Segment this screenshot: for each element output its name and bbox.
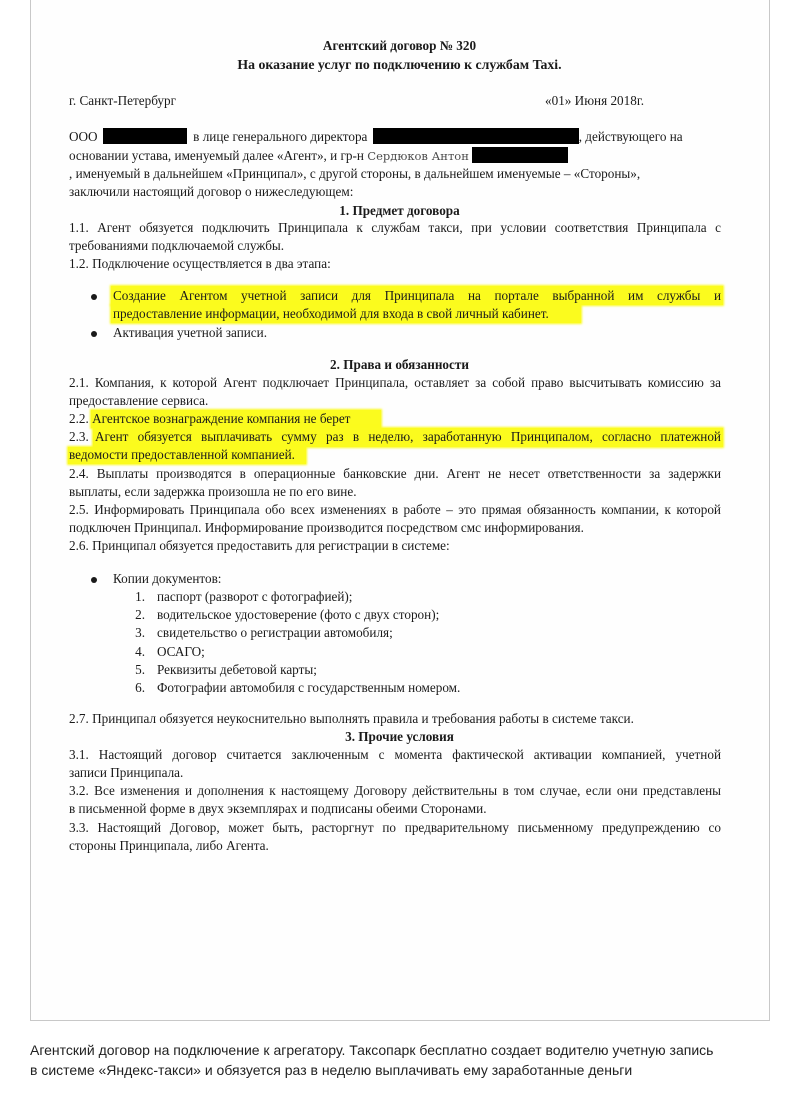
clause-3-3-cont: стороны Принципала, либо Агента. <box>69 837 269 855</box>
clause-2-7: 2.7. Принципал обязуется неукоснительно … <box>69 710 634 728</box>
clause-1-1: 1.1. Агент обязуется подключить Принципа… <box>69 219 721 237</box>
bullet-icon <box>91 577 97 583</box>
clause-2-1-cont: предоставление сервиса. <box>69 392 208 410</box>
clause-2-3-number: 2.3. <box>69 428 89 446</box>
redacted-director-name <box>373 128 579 144</box>
preamble-text: основании устава, именуемый далее «Агент… <box>69 148 364 163</box>
preamble-line-4: заключили настоящий договор о нижеследую… <box>69 183 353 201</box>
contract-document: Агентский договор № 320 На оказание услу… <box>0 0 799 1030</box>
redacted-org-name <box>103 128 187 144</box>
section-1-heading: 1. Предмет договора <box>0 202 799 220</box>
clause-2-5-cont: подключен Принципал. Информирование прои… <box>69 519 584 537</box>
clause-2-3: Агент обязуется выплачивать сумму раз в … <box>95 428 721 446</box>
clause-2-6: 2.6. Принципал обязуется предоставить дл… <box>69 537 450 555</box>
list-item-number: 3. <box>131 624 145 642</box>
bullet-1-line-1: Создание Агентом учетной записи для Прин… <box>113 287 721 305</box>
preamble-line-3: , именуемый в дальнейшем «Принципал», с … <box>69 165 640 183</box>
preamble-text: , действующего на <box>579 129 683 144</box>
section-2-heading: 2. Права и обязанности <box>0 356 799 374</box>
clause-number: 2.2. <box>69 411 89 426</box>
section-3-heading: 3. Прочие условия <box>0 728 799 746</box>
list-item: ОСАГО; <box>157 643 205 661</box>
contract-date: «01» Июня 2018г. <box>545 92 644 110</box>
org-prefix: ООО <box>69 129 98 144</box>
clause-3-1: 3.1. Настоящий договор считается заключе… <box>69 746 721 764</box>
bullet-icon <box>91 294 97 300</box>
caption-line-2: в системе «Яндекс-такси» и обязуется раз… <box>30 1060 770 1080</box>
clause-3-3: 3.3. Настоящий Договор, может быть, раст… <box>69 819 721 837</box>
clause-2-4: 2.4. Выплаты производятся в операционные… <box>69 465 721 483</box>
principal-name: Сердюков Антон <box>367 149 469 163</box>
image-caption: Агентский договор на подключение к агрег… <box>30 1040 770 1080</box>
list-item-number: 4. <box>131 643 145 661</box>
list-item: свидетельство о регистрации автомобиля; <box>157 624 393 642</box>
list-item-number: 5. <box>131 661 145 679</box>
preamble-text: в лице генерального директора <box>193 129 367 144</box>
clause-text-highlighted: Агентское вознаграждение компания не бер… <box>92 411 350 426</box>
bullet-1-line-2: предоставление информации, необходимой д… <box>113 305 549 323</box>
clause-3-1-cont: записи Принципала. <box>69 764 183 782</box>
city: г. Санкт-Петербург <box>69 92 176 110</box>
clause-2-3-cont: ведомости предоставленной компанией. <box>69 446 295 464</box>
clause-3-2: 3.2. Все изменения и дополнения к настоя… <box>69 782 721 800</box>
list-item: паспорт (разворот с фотографией); <box>157 588 352 606</box>
clause-2-5: 2.5. Информировать Принципала обо всех и… <box>69 501 721 519</box>
document-title: Агентский договор № 320 <box>0 37 799 55</box>
list-item-number: 6. <box>131 679 145 697</box>
preamble-line-1: ООО в лице генерального директора , дейс… <box>69 128 683 146</box>
preamble-line-2: основании устава, именуемый далее «Агент… <box>69 147 568 165</box>
list-item-number: 1. <box>131 588 145 606</box>
redacted-principal-surname <box>472 147 568 163</box>
caption-line-1: Агентский договор на подключение к агрег… <box>30 1040 770 1060</box>
clause-2-2: 2.2. Агентское вознаграждение компания н… <box>69 410 350 428</box>
clause-1-2: 1.2. Подключение осуществляется в два эт… <box>69 255 331 273</box>
bullet-2: Активация учетной записи. <box>113 324 267 342</box>
document-subtitle: На оказание услуг по подключению к служб… <box>0 56 799 74</box>
list-item: Реквизиты дебетовой карты; <box>157 661 317 679</box>
list-item: водительское удостоверение (фото с двух … <box>157 606 439 624</box>
clause-2-1: 2.1. Компания, к которой Агент подключае… <box>69 374 721 392</box>
clause-1-1-cont: требованиями подключаемой службы. <box>69 237 284 255</box>
clause-2-4-cont: выплаты, если задержка произошла не по е… <box>69 483 357 501</box>
list-item: Фотографии автомобиля с государственным … <box>157 679 460 697</box>
bullet-icon <box>91 331 97 337</box>
clause-3-2-cont: в письменной форме в двух экземплярах и … <box>69 800 487 818</box>
list-item-number: 2. <box>131 606 145 624</box>
docs-bullet: Копии документов: <box>113 570 221 588</box>
